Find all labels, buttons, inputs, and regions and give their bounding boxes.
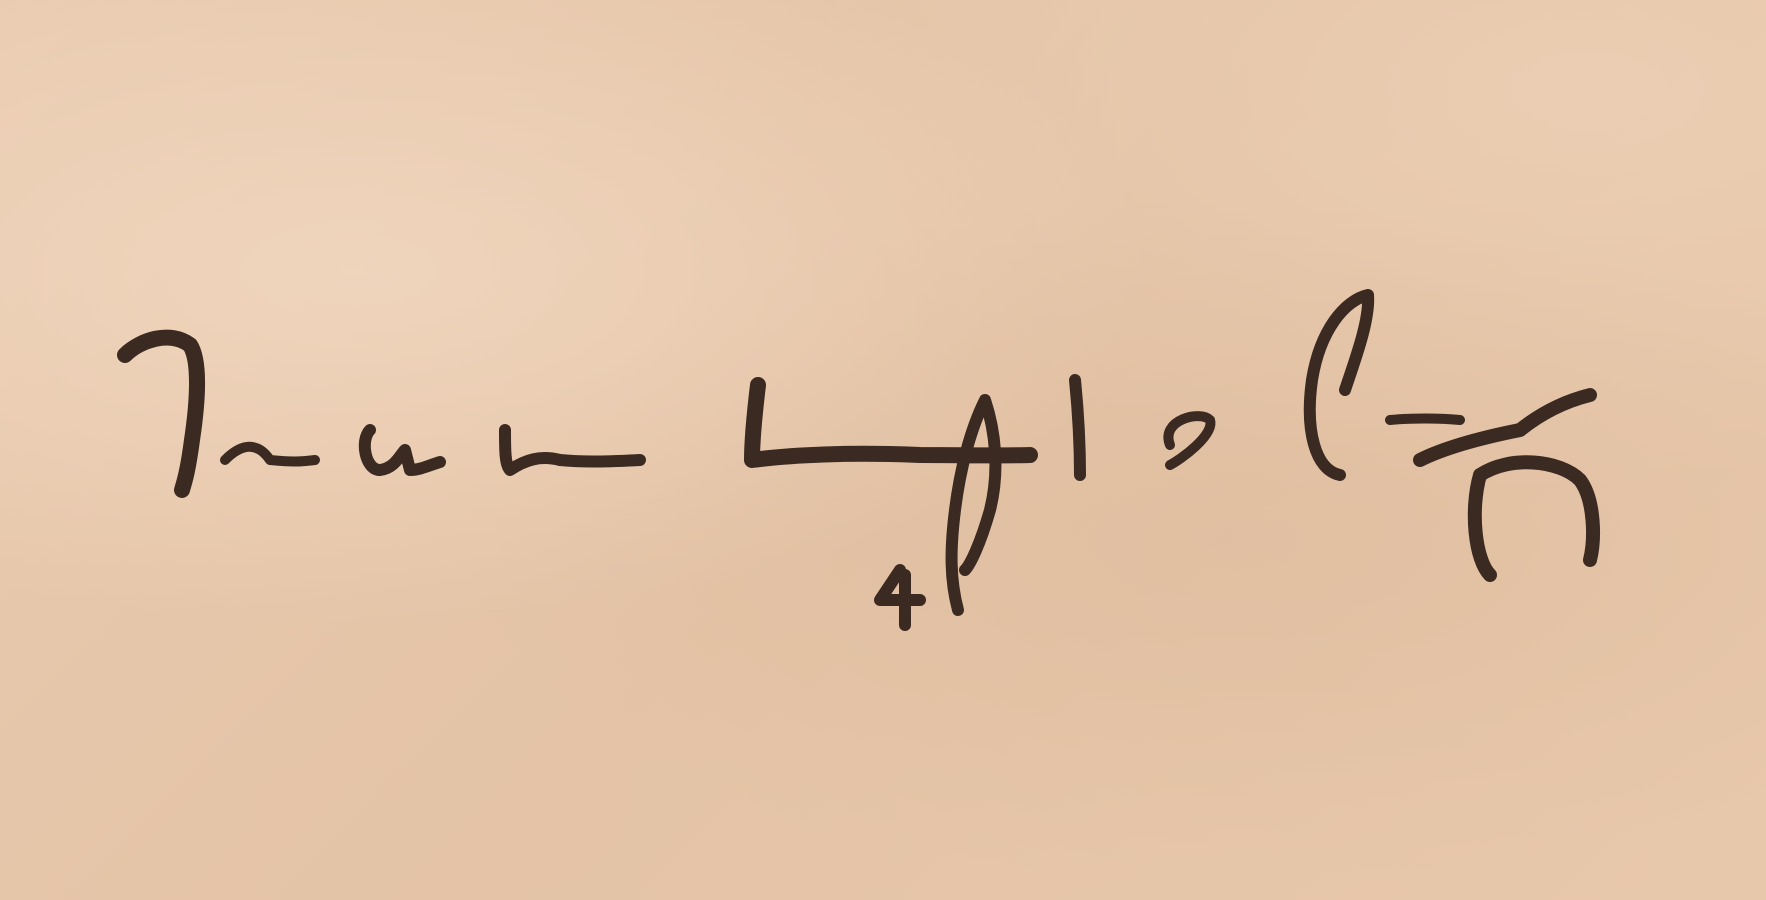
aged-paper: Jean Hélion 48 bbox=[0, 0, 1766, 900]
handwritten-signature bbox=[0, 0, 1766, 900]
